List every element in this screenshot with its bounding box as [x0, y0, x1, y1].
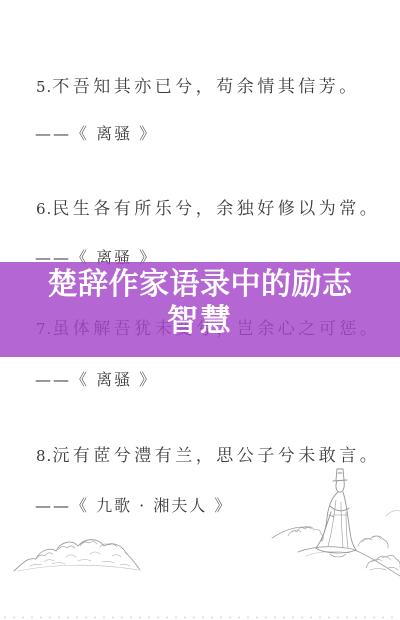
left-hill-shrubs-illustration: [14, 540, 140, 571]
scholar-figure-illustration: [316, 469, 356, 557]
landscape-illustration: [0, 420, 400, 620]
banner-title-line2: 智慧: [0, 306, 400, 337]
quote-number: 6.: [36, 200, 52, 218]
quote-text: 不吾知其亦已兮，苟余情其信芳。: [52, 77, 360, 97]
quote-line-6: 6.民生各有所乐兮，余独好修以为常。: [36, 200, 380, 219]
quote-text: 民生各有所乐兮，余独好修以为常。: [52, 199, 380, 219]
right-hillside-illustration: [272, 511, 400, 576]
title-banner: 楚辞作家语录中的励志 智慧: [0, 262, 400, 357]
banner-title-line1: 楚辞作家语录中的励志: [0, 270, 400, 300]
quote-line-5: 5.不吾知其亦已兮，苟余情其信芳。: [36, 78, 360, 97]
quote-source-5: ——《 离骚 》: [35, 125, 157, 143]
article-page: 5.不吾知其亦已兮，苟余情其信芳。 ——《 离骚 》 6.民生各有所乐兮，余独好…: [0, 0, 400, 620]
quote-number: 5.: [36, 78, 52, 96]
quote-source-7: ——《 离骚 》: [35, 371, 157, 389]
